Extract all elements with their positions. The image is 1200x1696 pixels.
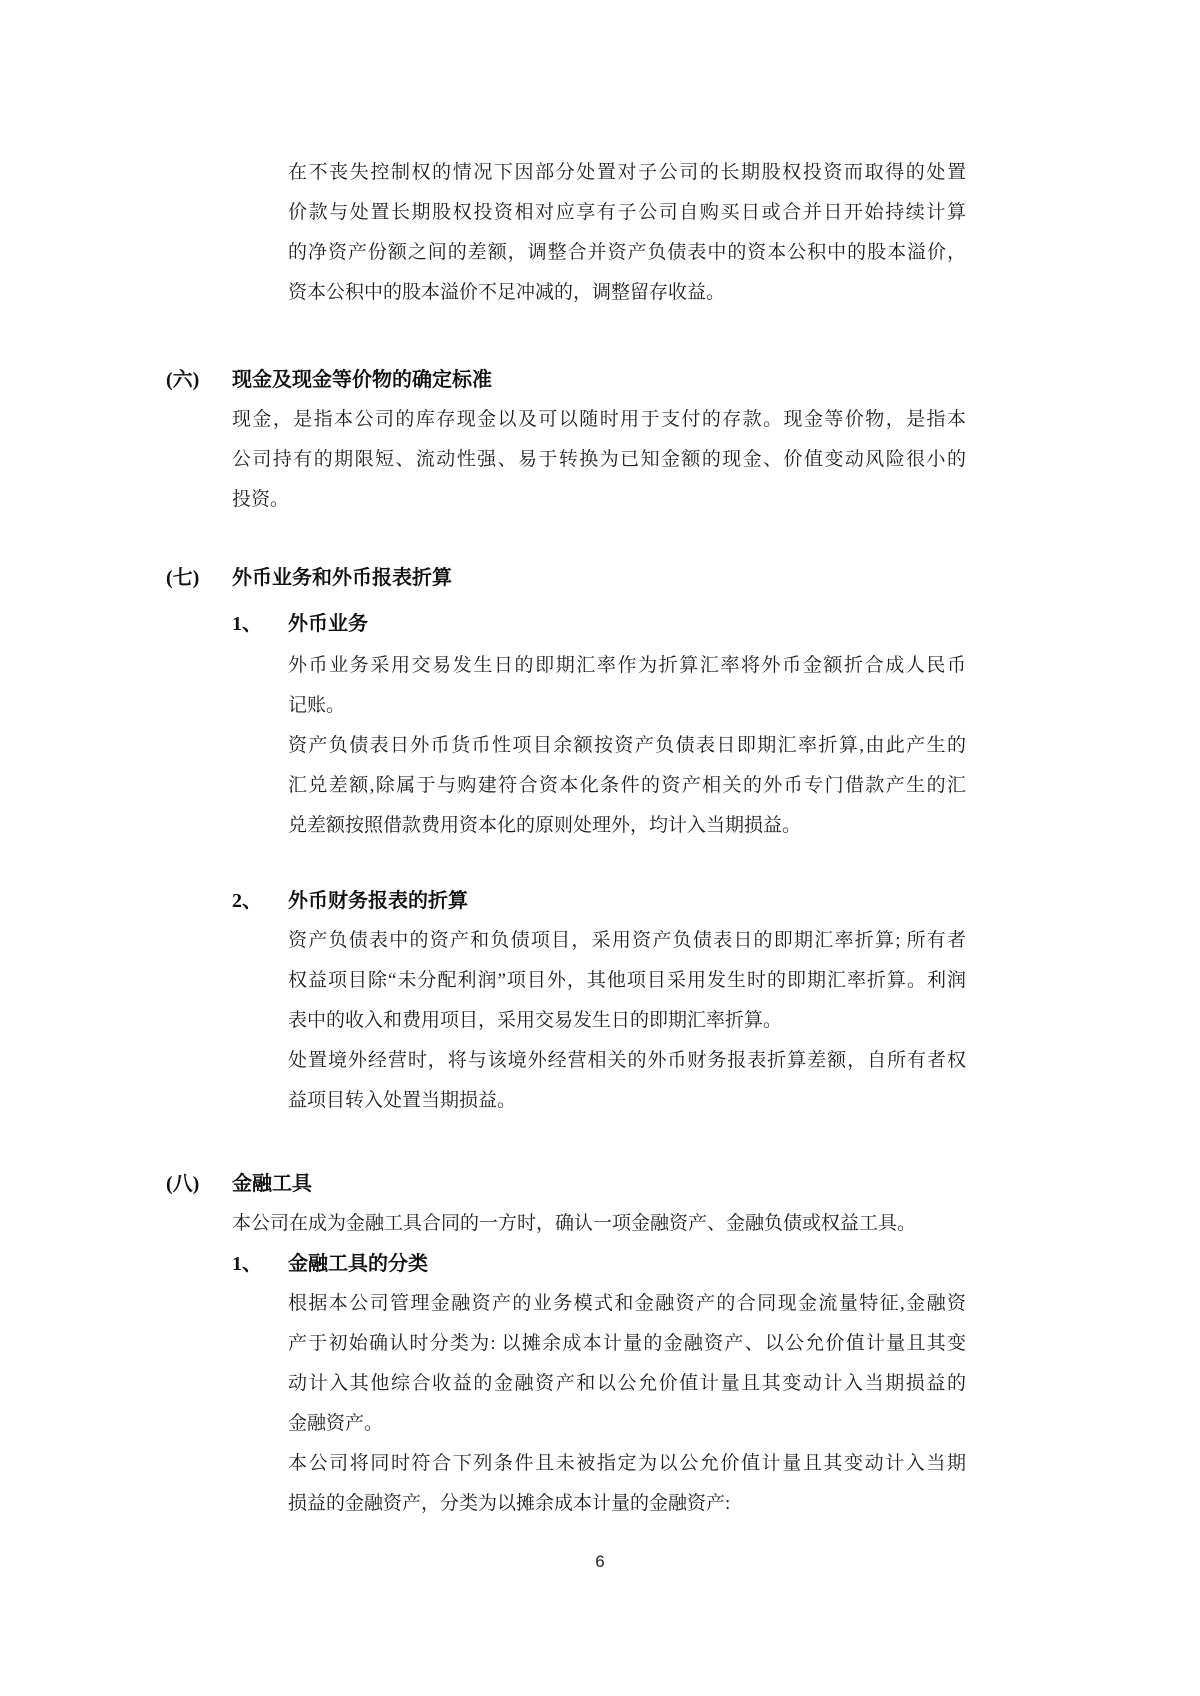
text-line: 公司持有的期限短、流动性强、易于转换为已知金额的现金、价值变动风险很小的 — [232, 440, 966, 480]
text-line: 根据本公司管理金融资产的业务模式和金融资产的合同现金流量特征,金融资 — [288, 1284, 966, 1324]
section-7-title: 外币业务和外币报表折算 — [232, 567, 452, 589]
section-8-heading: (八)金融工具 — [166, 1164, 1200, 1204]
text-line: 兑差额按照借款费用资本化的原则处理外，均计入当期损益。 — [288, 806, 966, 846]
text-line: 汇兑差额,除属于与购建符合资本化条件的资产相关的外币专门借款产生的汇 — [288, 766, 966, 806]
text-line: 资产负债表日外币货币性项目余额按资产负债表日即期汇率折算,由此产生的 — [288, 726, 966, 766]
text-line: 的净资产份额之间的差额，调整合并资产负债表中的资本公积中的股本溢价， — [288, 233, 966, 273]
section-7-item-1-paragraph-1: 外币业务采用交易发生日的即期汇率作为折算汇率将外币金额折合成人民币记账。 — [288, 646, 966, 726]
section-6-title: 现金及现金等价物的确定标准 — [232, 369, 492, 391]
page-number: 6 — [0, 1552, 1200, 1572]
section-7-heading: (七)外币业务和外币报表折算 — [166, 558, 1200, 598]
text-line: 外币业务采用交易发生日的即期汇率作为折算汇率将外币金额折合成人民币 — [288, 646, 966, 686]
section-7-item-1-paragraph-2: 资产负债表日外币货币性项目余额按资产负债表日即期汇率折算,由此产生的汇兑差额,除… — [288, 726, 966, 846]
section-7-item-2-paragraph-1: 资产负债表中的资产和负债项目，采用资产负债表日的即期汇率折算; 所有者权益项目除… — [288, 921, 966, 1041]
text-line: 损益的金融资产，分类为以摊余成本计量的金融资产: — [288, 1484, 966, 1524]
section-8-item-1-paragraph-2: 本公司将同时符合下列条件且未被指定为以公允价值计量且其变动计入当期损益的金融资产… — [288, 1444, 966, 1524]
text-line: 在不丧失控制权的情况下因部分处置对子公司的长期股权投资而取得的处置 — [288, 153, 966, 193]
page-content: 在不丧失控制权的情况下因部分处置对子公司的长期股权投资而取得的处置价款与处置长期… — [0, 0, 1200, 1524]
section-7-item-2-number: 2、 — [232, 881, 288, 921]
section-7-item-2-paragraph-2: 处置境外经营时，将与该境外经营相关的外币财务报表折算差额，自所有者权益项目转入处… — [288, 1041, 966, 1121]
section-6-label: (六) — [166, 360, 232, 400]
text-line: 本公司在成为金融工具合同的一方时，确认一项金融资产、金融负债或权益工具。 — [232, 1204, 966, 1244]
section-8-item-1-paragraph-1: 根据本公司管理金融资产的业务模式和金融资产的合同现金流量特征,金融资产于初始确认… — [288, 1284, 966, 1444]
section-8-item-1-number: 1、 — [232, 1244, 288, 1284]
text-line: 现金，是指本公司的库存现金以及可以随时用于支付的存款。现金等价物，是指本 — [232, 400, 966, 440]
text-line: 动计入其他综合收益的金融资产和以公允价值计量且其变动计入当期损益的 — [288, 1364, 966, 1404]
section-8-item-1-title: 金融工具的分类 — [288, 1253, 428, 1275]
text-line: 表中的收入和费用项目，采用交易发生日的即期汇率折算。 — [288, 1001, 966, 1041]
section-7-item-2-title: 外币财务报表的折算 — [288, 890, 468, 912]
text-line: 产于初始确认时分类为: 以摊余成本计量的金融资产、以公允价值计量且其变 — [288, 1324, 966, 1364]
section-7-item-1-heading: 1、外币业务 — [232, 604, 1200, 644]
section-6-heading: (六)现金及现金等价物的确定标准 — [166, 360, 1200, 400]
section-7-item-1-title: 外币业务 — [288, 613, 368, 635]
section-8-body: 本公司在成为金融工具合同的一方时，确认一项金融资产、金融负债或权益工具。 — [232, 1204, 966, 1244]
text-line: 益项目转入处置当期损益。 — [288, 1081, 966, 1121]
text-line: 金融资产。 — [288, 1404, 966, 1444]
section-8-label: (八) — [166, 1164, 232, 1204]
text-line: 资本公积中的股本溢价不足冲减的，调整留存收益。 — [288, 273, 966, 313]
text-line: 记账。 — [288, 686, 966, 726]
section-8-item-1-heading: 1、金融工具的分类 — [232, 1244, 1200, 1284]
text-line: 处置境外经营时，将与该境外经营相关的外币财务报表折算差额，自所有者权 — [288, 1041, 966, 1081]
intro-paragraph: 在不丧失控制权的情况下因部分处置对子公司的长期股权投资而取得的处置价款与处置长期… — [288, 153, 966, 313]
text-line: 价款与处置长期股权投资相对应享有子公司自购买日或合并日开始持续计算 — [288, 193, 966, 233]
document-page: 在不丧失控制权的情况下因部分处置对子公司的长期股权投资而取得的处置价款与处置长期… — [0, 0, 1200, 1696]
section-6-body: 现金，是指本公司的库存现金以及可以随时用于支付的存款。现金等价物，是指本公司持有… — [232, 400, 966, 520]
text-line: 本公司将同时符合下列条件且未被指定为以公允价值计量且其变动计入当期 — [288, 1444, 966, 1484]
section-7-label: (七) — [166, 558, 232, 598]
section-8-title: 金融工具 — [232, 1173, 312, 1195]
text-line: 权益项目除“未分配利润”项目外，其他项目采用发生时的即期汇率折算。利润 — [288, 961, 966, 1001]
text-line: 投资。 — [232, 480, 966, 520]
section-7-item-1-number: 1、 — [232, 604, 288, 644]
section-7-item-2-heading: 2、外币财务报表的折算 — [232, 881, 1200, 921]
text-line: 资产负债表中的资产和负债项目，采用资产负债表日的即期汇率折算; 所有者 — [288, 921, 966, 961]
